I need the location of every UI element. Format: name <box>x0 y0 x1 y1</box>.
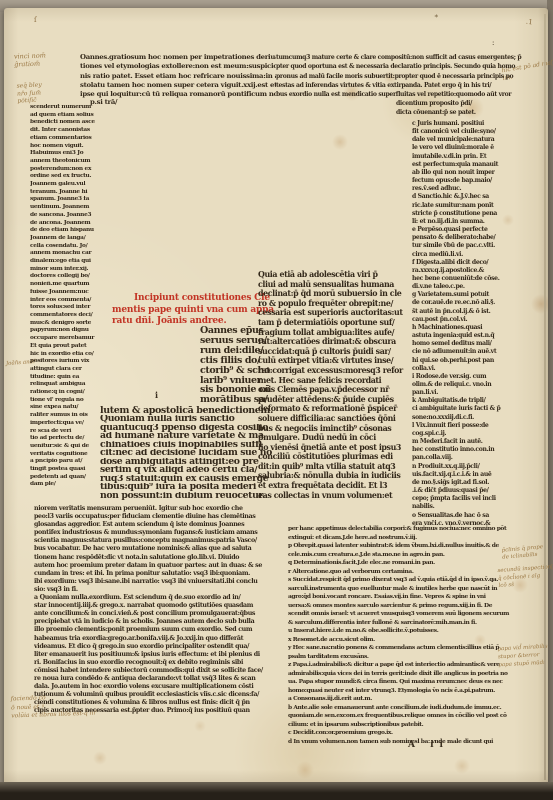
commentary-bottom-right-column: per hanc appetimus delectabilia corpori:… <box>288 525 540 746</box>
quire-signature: A ii <box>408 740 449 750</box>
gloss-column-left: scenderūt numerumad quem etiam soliusben… <box>30 104 102 489</box>
commentary-top-left-column: Oannes.gratiosum hoc nomen per impetrati… <box>80 53 276 99</box>
main-text-right-column: Quia etiā ab adolescētia viri p̄cliui ad… <box>258 270 412 500</box>
handwritten-note-left-top: vinci nom̄ĝratiom̄ <box>14 51 47 68</box>
corner-mark: ſ <box>34 16 37 24</box>
corner-mark: ∗ <box>434 12 439 20</box>
commentary-bottom-left-column: niorem veritatis mensuram perueniūt. Igi… <box>34 505 294 715</box>
gloss-column-right: c Juris humani. positiuifit canonicū vel… <box>412 120 540 528</box>
corner-mark: .1 <box>525 18 533 27</box>
margin-mark: : <box>492 39 494 47</box>
commentary-top-right-column: tumcumq3 mature certe & clare compositū:… <box>276 53 540 99</box>
manuscript-page: ∗ .1 : ſ vinci nom̄ĝratiom̄ seq̄ bleynr̄… <box>4 8 548 786</box>
initial-guide-letter: i <box>155 390 158 400</box>
scan-backdrop-bottom <box>0 782 553 800</box>
commentary-top-right-tail: dicentium proposito p̄di/dicta cōuenant:… <box>396 99 540 118</box>
handwritten-note-left-upper: seq̄ bleynr̄o fum̄pōtific̄ <box>16 81 42 105</box>
